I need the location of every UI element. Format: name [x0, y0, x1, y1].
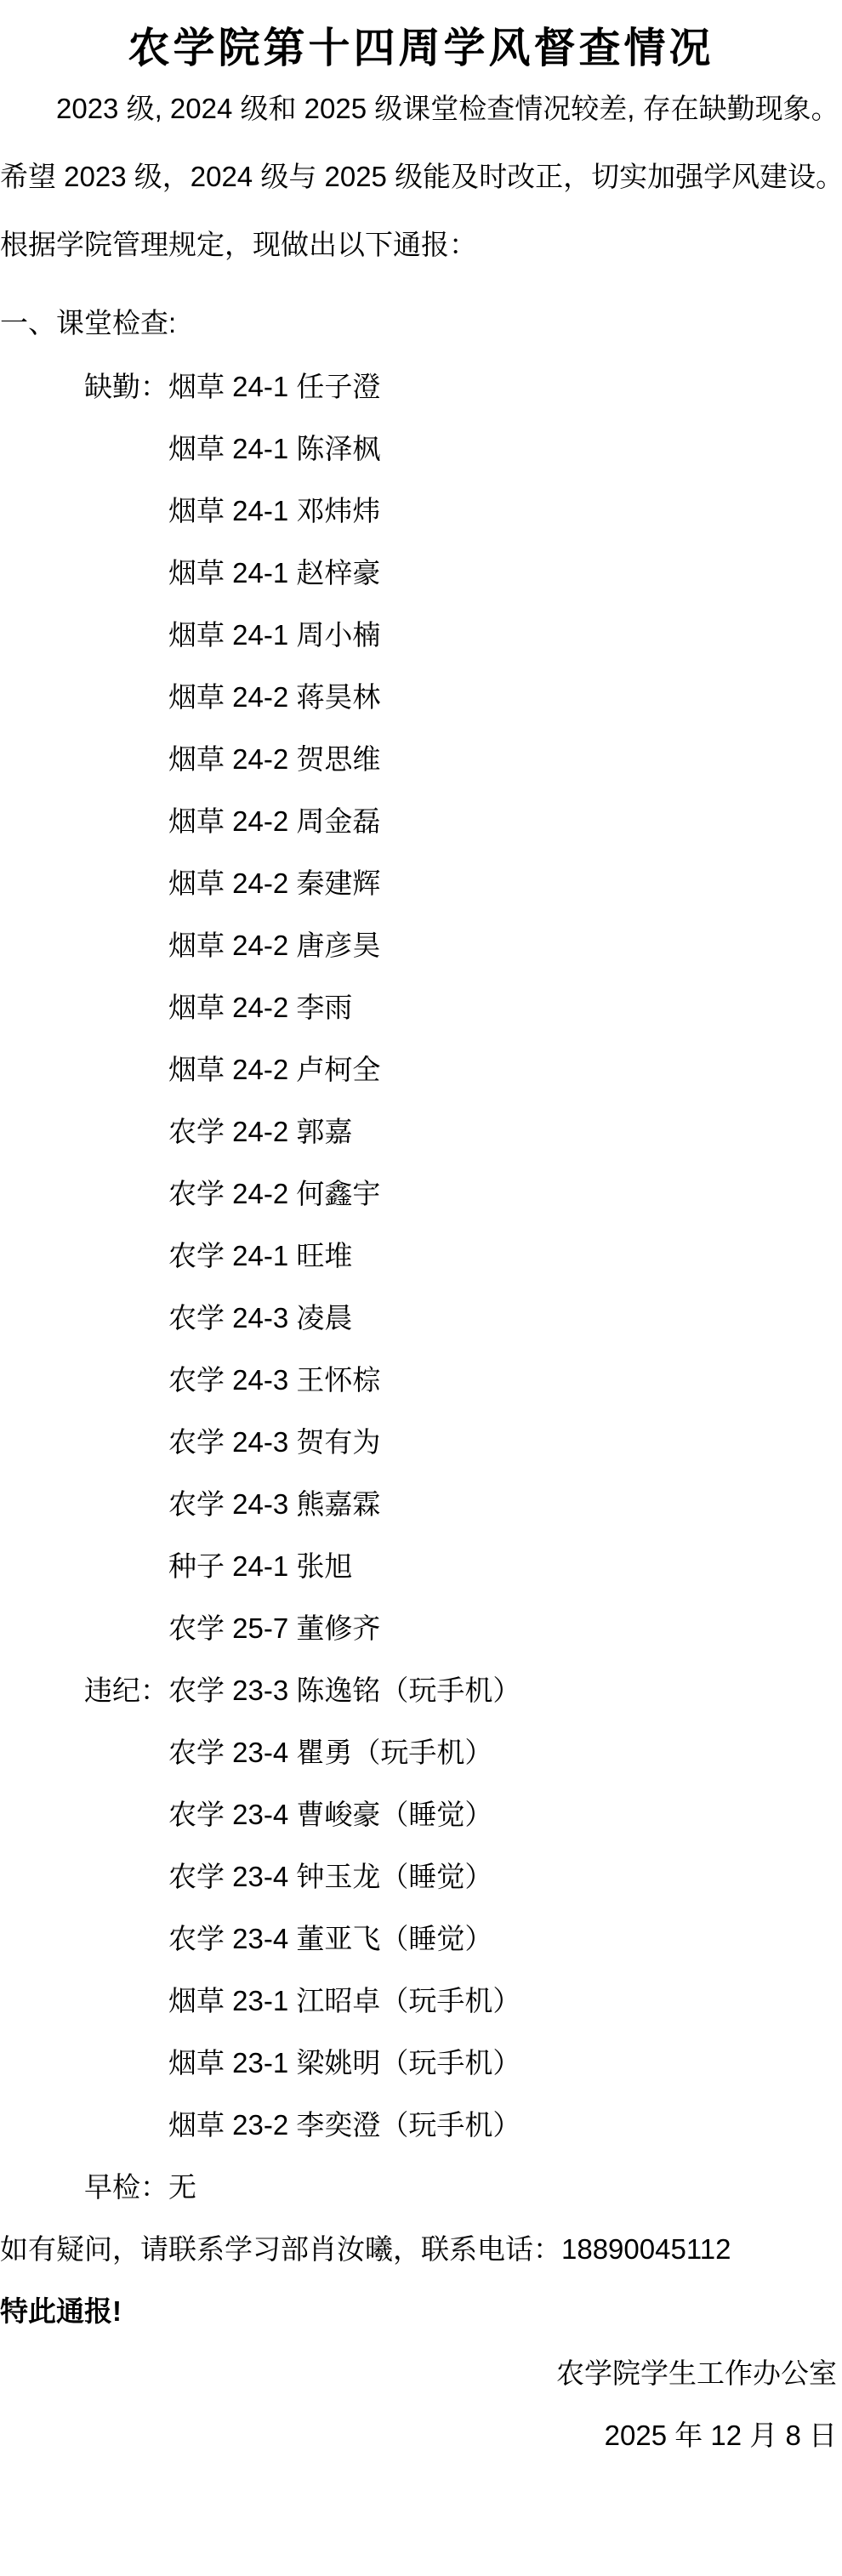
absent-list-item: 农学 25-7 董修齐 — [168, 1597, 842, 1659]
paragraph-rules: 根据学院管理规定，现做出以下通报： — [0, 211, 842, 279]
absent-list-item: 烟草 24-2 秦建辉 — [168, 852, 842, 914]
absent-list-item: 农学 24-3 王怀棕 — [168, 1349, 842, 1411]
absent-section: 缺勤： 烟草 24-1 任子澄烟草 24-1 陈泽枫烟草 24-1 邓炜炜烟草 … — [0, 355, 842, 1659]
absent-list-item: 种子 24-1 张旭 — [168, 1535, 842, 1597]
violation-list-item: 农学 23-3 陈逸铭（玩手机） — [168, 1659, 842, 1721]
absent-list-item: 烟草 24-1 任子澄 — [168, 355, 842, 418]
absent-list-item: 烟草 24-1 周小楠 — [168, 604, 842, 666]
absent-label: 缺勤： — [84, 355, 168, 418]
morning-check-value: 无 — [168, 2156, 842, 2218]
absent-list: 烟草 24-1 任子澄烟草 24-1 陈泽枫烟草 24-1 邓炜炜烟草 24-1… — [168, 355, 842, 1659]
absent-list-item: 烟草 24-2 卢柯全 — [168, 1038, 842, 1100]
signature-line: 农学院学生工作办公室 — [0, 2342, 842, 2404]
absent-list-item: 烟草 24-1 赵梓豪 — [168, 542, 842, 604]
violation-list-item: 烟草 23-2 李奕澄（玩手机） — [168, 2094, 842, 2156]
violation-list-item: 农学 23-4 董亚飞（睡觉） — [168, 1908, 842, 1970]
paragraph-summary: 2023 级, 2024 级和 2025 级课堂检查情况较差, 存在缺勤现象。 — [0, 75, 842, 143]
morning-check-section: 早检： 无 — [0, 2156, 842, 2218]
morning-check-label: 早检： — [84, 2156, 168, 2218]
page-title: 农学院第十四周学风督查情况 — [0, 22, 842, 75]
violation-label: 违纪： — [84, 1659, 168, 1721]
absent-list-item: 烟草 24-1 邓炜炜 — [168, 480, 842, 542]
violation-section: 违纪： 农学 23-3 陈逸铭（玩手机）农学 23-4 瞿勇（玩手机）农学 23… — [0, 1659, 842, 2156]
absent-list-item: 农学 24-3 熊嘉霖 — [168, 1473, 842, 1535]
notice-document: 农学院第十四周学风督查情况 2023 级, 2024 级和 2025 级课堂检查… — [0, 0, 842, 2466]
violation-list-item: 农学 23-4 瞿勇（玩手机） — [168, 1721, 842, 1783]
violation-list-item: 烟草 23-1 梁姚明（玩手机） — [168, 2032, 842, 2094]
closing-line: 特此通报! — [0, 2280, 842, 2342]
paragraph-hope: 希望 2023 级，2024 级与 2025 级能及时改正，切实加强学风建设。 — [0, 143, 842, 211]
violation-list-item: 农学 23-4 曹峻豪（睡觉） — [168, 1783, 842, 1845]
contact-line: 如有疑问，请联系学习部肖汝曦，联系电话：18890045112 — [0, 2218, 842, 2280]
absent-list-item: 农学 24-3 凌晨 — [168, 1287, 842, 1349]
absent-list-item: 农学 24-3 贺有为 — [168, 1411, 842, 1473]
date-line: 2025 年 12 月 8 日 — [0, 2404, 842, 2466]
violation-list-item: 农学 23-4 钟玉龙（睡觉） — [168, 1845, 842, 1908]
absent-list-item: 烟草 24-2 贺思维 — [168, 728, 842, 790]
absent-list-item: 农学 24-2 郭嘉 — [168, 1100, 842, 1163]
absent-list-item: 烟草 24-2 蒋昊林 — [168, 666, 842, 728]
absent-list-item: 农学 24-2 何鑫宇 — [168, 1163, 842, 1225]
absent-list-item: 烟草 24-2 李雨 — [168, 976, 842, 1038]
notice-page: { "colors": { "background": "#ffffff", "… — [0, 0, 842, 2576]
absent-list-item: 烟草 24-2 唐彦昊 — [168, 914, 842, 976]
violation-list: 农学 23-3 陈逸铭（玩手机）农学 23-4 瞿勇（玩手机）农学 23-4 曹… — [168, 1659, 842, 2156]
absent-list-item: 烟草 24-1 陈泽枫 — [168, 418, 842, 480]
absent-list-item: 农学 24-1 旺堆 — [168, 1225, 842, 1287]
morning-check-value-wrap: 无 — [168, 2156, 842, 2218]
absent-list-item: 烟草 24-2 周金磊 — [168, 790, 842, 852]
violation-list-item: 烟草 23-1 江昭卓（玩手机） — [168, 1970, 842, 2032]
section-heading-classroom-check: 一、课堂检查: — [0, 291, 842, 355]
